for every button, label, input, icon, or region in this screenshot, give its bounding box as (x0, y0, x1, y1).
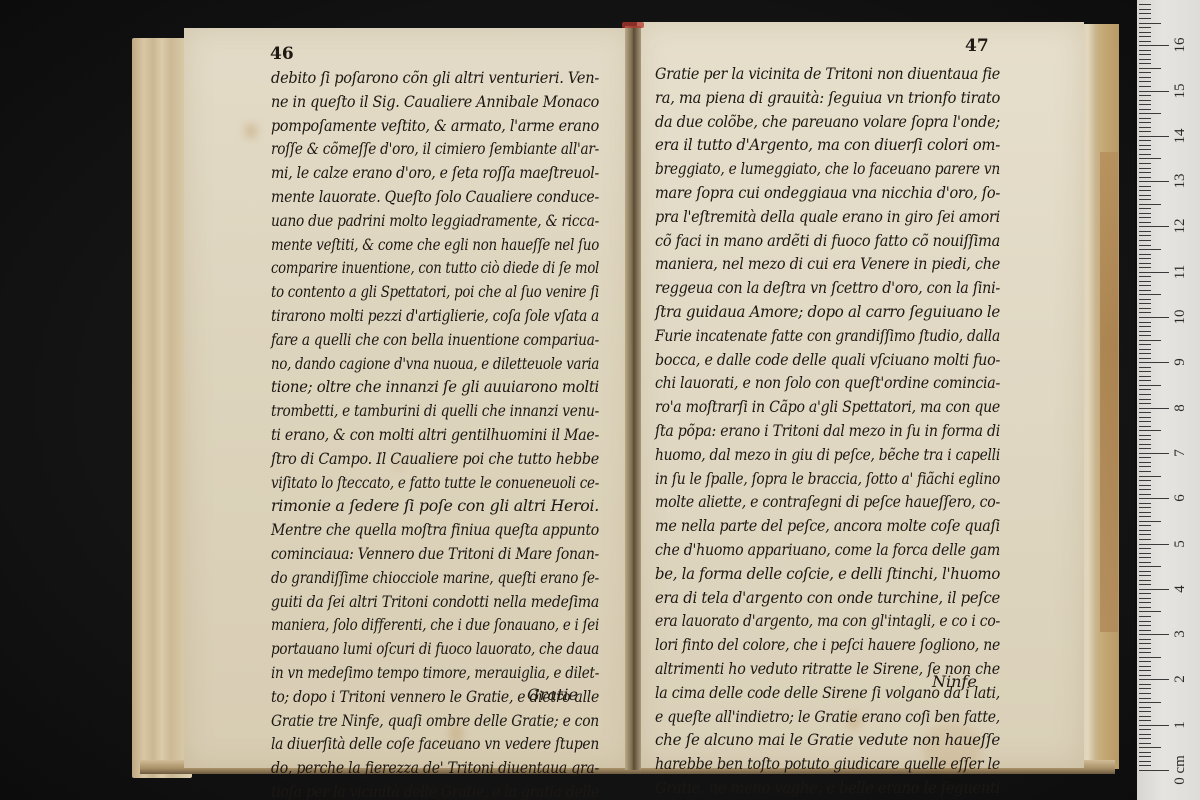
text-line: ſta põpa: erano i Tritoni dal mezo in ſu… (655, 419, 1000, 443)
ruler-tick (1139, 408, 1169, 409)
text-line: Furie incatenate fatte con grandiſſimo ſ… (655, 324, 1000, 348)
ruler-tick (1139, 9, 1151, 10)
ruler-tick (1139, 729, 1151, 730)
ruler-tick (1139, 158, 1161, 159)
ruler-tick (1139, 566, 1161, 567)
ruler-tick (1139, 580, 1151, 581)
text-line: trombetti, e tamburini di quelli che inn… (271, 399, 599, 423)
text-line: in vn medeſimo tempo timore, merauiglia,… (271, 661, 599, 685)
ruler-tick (1139, 290, 1151, 291)
text-line: ſtra guidaua Amore; dopo al carro ſeguiu… (655, 300, 1000, 324)
text-line: maniera, nel mezo di cui era Venere in p… (655, 252, 1000, 276)
ruler-tick (1139, 385, 1161, 386)
ruler-tick (1139, 331, 1151, 332)
gutter-red-thread (622, 22, 644, 28)
text-line: ti erano, & con molti altri gentilhuomin… (271, 423, 599, 447)
ruler-tick (1139, 204, 1161, 205)
text-line: no, dando cagione d'vna nuoua, e dilette… (271, 352, 599, 376)
measurement-ruler: 0 cm12345678910111213141516 (1135, 0, 1200, 800)
ruler-tick (1139, 54, 1151, 55)
ruler-tick (1139, 4, 1151, 5)
ruler-tick (1139, 770, 1169, 771)
text-line: era di tela d'argento con onde turchine,… (655, 586, 1000, 610)
ruler-tick (1139, 756, 1151, 757)
ruler-tick (1139, 394, 1151, 395)
ruler-tick (1139, 707, 1151, 708)
text-line: mare ſopra cui ondeggiaua vna nicchia d'… (655, 181, 1000, 205)
ruler-number: 8 (1172, 393, 1192, 423)
ruler-tick (1139, 761, 1151, 762)
ruler-tick (1139, 480, 1151, 481)
ruler-tick (1139, 693, 1151, 694)
ruler-tick (1139, 32, 1151, 33)
text-line: Mentre che quella moſtra finiua queſta a… (271, 518, 599, 542)
text-line: mi, le calze erano d'oro, e ſeta roſſa m… (271, 161, 599, 185)
ruler-tick (1139, 349, 1151, 350)
ruler-tick (1139, 285, 1151, 286)
text-line: molte aliette, e contraſegni di peſce ha… (655, 490, 1000, 514)
ruler-tick (1139, 621, 1151, 622)
text-line: be, la forma delle coſcie, e delli ſtinc… (655, 562, 1000, 586)
ruler-tick (1139, 208, 1151, 209)
ruler-number: 12 (1172, 211, 1192, 241)
ruler-tick (1139, 308, 1151, 309)
ruler-tick (1139, 661, 1151, 662)
ruler-tick (1139, 666, 1151, 667)
book-left-edge (132, 38, 192, 778)
ruler-tick (1139, 720, 1151, 721)
ruler-tick (1139, 675, 1151, 676)
ruler-tick (1139, 136, 1169, 137)
ruler-tick (1139, 36, 1151, 37)
ruler-tick (1139, 516, 1151, 517)
ruler-tick (1139, 380, 1151, 381)
ruler-tick (1139, 263, 1151, 264)
ruler-tick (1139, 222, 1151, 223)
ruler-tick (1139, 68, 1161, 69)
ruler-tick (1139, 670, 1151, 671)
text-line: huomo, dal mezo in giu di peſce, bẽche t… (655, 443, 1000, 467)
text-line: ne in queſto il Sig. Caualiere Annibale … (271, 90, 599, 114)
text-line: breggiato, e lumeggiato, che lo faceuano… (655, 157, 1000, 181)
ruler-tick (1139, 530, 1151, 531)
ruler-number: 13 (1172, 166, 1192, 196)
ruler-tick (1139, 643, 1151, 644)
text-line: reggeua con la deſtra vn ſcettro d'oro, … (655, 276, 1000, 300)
text-line: bocca, e dalle code delle quali vſciuano… (655, 348, 1000, 372)
text-line: tioſa per la vicinità delle Gratie, e la… (271, 780, 599, 800)
ruler-tick (1139, 611, 1161, 612)
ruler-tick (1139, 575, 1151, 576)
ruler-tick (1139, 598, 1151, 599)
ruler-tick (1139, 426, 1151, 427)
ruler-tick (1139, 91, 1169, 92)
ruler-tick (1139, 362, 1169, 363)
ruler-tick (1139, 389, 1151, 390)
ruler-tick (1139, 163, 1151, 164)
ruler-tick (1139, 684, 1151, 685)
ruler-tick (1139, 172, 1151, 173)
ruler-tick (1139, 371, 1151, 372)
text-line: comparire inuentione, con tutto ciò died… (271, 256, 599, 280)
ruler-tick (1139, 217, 1151, 218)
ruler-tick (1139, 317, 1169, 318)
text-line: era il tutto d'Argento, ma con diuerſi c… (655, 133, 1000, 157)
text-line: che ſe alcuno mai le Gratie vedute non h… (655, 728, 1000, 752)
book-right-worn-edge (1100, 152, 1118, 632)
ruler-tick (1139, 376, 1151, 377)
ruler-tick (1139, 186, 1151, 187)
text-line: da due colõbe, che pareuano volare ſopra… (655, 110, 1000, 134)
ruler-tick (1139, 399, 1151, 400)
catchword-right: Ninfe (932, 672, 977, 691)
text-line: fare a quelli che con bella inuentione c… (271, 328, 599, 352)
ruler-tick (1139, 466, 1151, 467)
ruler-tick (1139, 231, 1151, 232)
catchword-left: Gratie (527, 685, 578, 704)
ruler-tick (1139, 711, 1151, 712)
ruler-tick (1139, 725, 1169, 726)
text-line: era lauorato d'argento, ma con gl'intagl… (655, 609, 1000, 633)
page-number-left: 46 (270, 44, 294, 64)
ruler-tick (1139, 303, 1151, 304)
ruler-tick (1139, 199, 1151, 200)
ruler-tick (1139, 584, 1151, 585)
ruler-tick (1139, 652, 1151, 653)
ruler-tick (1139, 539, 1151, 540)
ruler-tick (1139, 534, 1151, 535)
ruler-tick (1139, 453, 1169, 454)
ruler-number: 6 (1172, 483, 1192, 513)
ruler-tick (1139, 254, 1151, 255)
text-line: viſitato lo ſteccato, e fatto tutte le c… (271, 471, 599, 495)
ruler-tick (1139, 294, 1161, 295)
ruler-tick (1139, 448, 1151, 449)
ruler-tick (1139, 322, 1151, 323)
ruler-tick (1139, 639, 1151, 640)
ruler-tick (1139, 738, 1151, 739)
ruler-tick (1139, 747, 1161, 748)
ruler-tick (1139, 476, 1161, 477)
ruler-tick (1139, 512, 1151, 513)
ruler-tick (1139, 23, 1161, 24)
ruler-tick (1139, 59, 1151, 60)
ruler-number: 15 (1172, 76, 1192, 106)
text-line: portauano lumi oſcuri di fuoco lauorato,… (271, 637, 599, 661)
ruler-tick (1139, 168, 1151, 169)
ruler-tick (1139, 190, 1151, 191)
ruler-tick (1139, 457, 1151, 458)
ruler-number: 16 (1172, 30, 1192, 60)
text-line: do grandiſſime chiocciole marine, queſti… (271, 566, 599, 590)
ruler-tick (1139, 358, 1151, 359)
ruler-tick (1139, 281, 1151, 282)
ruler-number: 9 (1172, 347, 1192, 377)
ruler-number: 14 (1172, 121, 1192, 151)
ruler-tick (1139, 118, 1151, 119)
ruler-number: 11 (1172, 257, 1192, 287)
ruler-tick (1139, 412, 1151, 413)
ruler-number: 10 (1172, 302, 1192, 332)
text-line: debito ſi poſarono cõn gli altri venturi… (271, 66, 599, 90)
text-line: ro'a moſtrarſi in Cãpo a'gli Spettatori,… (655, 395, 1000, 419)
ruler-tick (1139, 403, 1151, 404)
ruler-tick (1139, 553, 1151, 554)
text-line: cominciaua: Vennero due Tritoni di Mare … (271, 542, 599, 566)
ruler-tick (1139, 557, 1151, 558)
ruler-tick (1139, 498, 1169, 499)
ruler-tick (1139, 593, 1151, 594)
ruler-tick (1139, 226, 1169, 227)
ruler-tick (1139, 634, 1169, 635)
right-page-text: Gratie per la vicinita de Tritoni non di… (655, 62, 1056, 800)
text-line: harebbe ben toſto potuto giudicare quell… (655, 752, 1000, 776)
text-line: e queſte all'indietro; le Gratie erano c… (655, 705, 1000, 729)
text-line: tione; oltre che innanzi ſe gli auuiaron… (271, 375, 599, 399)
ruler-tick (1139, 462, 1151, 463)
text-line: do, perche la fierezza de' Tritoni diuen… (271, 756, 599, 780)
ruler-tick (1139, 258, 1151, 259)
ruler-tick (1139, 272, 1169, 273)
ruler-tick (1139, 63, 1151, 64)
ruler-tick (1139, 240, 1151, 241)
ruler-tick (1139, 81, 1151, 82)
ruler-number: 0 cm (1172, 748, 1192, 792)
text-line: mente veſtiti, & come che egli non haueſ… (271, 233, 599, 257)
left-page-text: debito ſi poſarono cõn gli altri venturi… (271, 66, 668, 800)
text-line: chi lauorati, e non ſolo con queſt'ordin… (655, 371, 1000, 395)
text-line: ra, ma piena di grauità: ſeguiua vn trio… (655, 86, 1000, 110)
ruler-tick (1139, 489, 1151, 490)
text-line: roſſe & cõmeſſe d'oro, il cimiero ſembia… (271, 137, 599, 161)
text-line: cõ faci in mano ardẽti di fuoco fatto cõ… (655, 229, 1000, 253)
ruler-tick (1139, 181, 1169, 182)
ruler-tick (1139, 589, 1169, 590)
ruler-tick (1139, 353, 1151, 354)
text-line: Gratie tre Ninfe, quaſi ombre delle Grat… (271, 709, 599, 733)
ruler-tick (1139, 276, 1151, 277)
ruler-tick (1139, 267, 1151, 268)
ruler-tick (1139, 95, 1151, 96)
ruler-tick (1139, 13, 1151, 14)
ruler-tick (1139, 743, 1151, 744)
text-line: mente lauorate. Queſto ſolo Caualiere co… (271, 185, 599, 209)
ruler-tick (1139, 734, 1151, 735)
ruler-tick (1139, 494, 1151, 495)
ruler-tick (1139, 50, 1151, 51)
text-line: uano due padrini molto leggiadramente, &… (271, 209, 599, 233)
ruler-number: 5 (1172, 529, 1192, 559)
ruler-tick (1139, 149, 1151, 150)
ruler-tick (1139, 503, 1151, 504)
ruler-tick (1139, 86, 1151, 87)
ruler-tick (1139, 430, 1161, 431)
ruler-tick (1139, 335, 1151, 336)
ruler-tick (1139, 18, 1151, 19)
text-line: pra l'eſtremità della quale erano in gir… (655, 205, 1000, 229)
ruler-tick (1139, 571, 1151, 572)
text-line: lori finto del colore, che i peſci hauer… (655, 633, 1000, 657)
ruler-tick (1139, 630, 1151, 631)
ruler-number: 1 (1172, 710, 1192, 740)
text-line: tirarono molti pezzi d'artiglierie, coſa… (271, 304, 599, 328)
ruler-tick (1139, 326, 1151, 327)
ruler-tick (1139, 195, 1151, 196)
text-line: me nella parte del peſce, ancora molte c… (655, 514, 1000, 538)
ruler-tick (1139, 417, 1151, 418)
ruler-tick (1139, 77, 1151, 78)
ruler-tick (1139, 439, 1151, 440)
ruler-tick (1139, 648, 1151, 649)
ruler-tick (1139, 602, 1151, 603)
page-number-right: 47 (965, 36, 989, 56)
text-line: che d'huomo appariuano, come la forca de… (655, 538, 1000, 562)
ruler-tick (1139, 444, 1151, 445)
ruler-tick (1139, 72, 1151, 73)
text-line: pompoſamente veſtito, & armato, l'arme e… (271, 114, 599, 138)
ruler-tick (1139, 145, 1151, 146)
ruler-tick (1139, 154, 1151, 155)
ruler-tick (1139, 213, 1151, 214)
ruler-tick (1139, 367, 1151, 368)
text-line: in ſu le ſpalle, ſopra le braccia, ſotto… (655, 467, 1000, 491)
ruler-tick (1139, 122, 1151, 123)
ruler-tick (1139, 485, 1151, 486)
ruler-tick (1139, 421, 1151, 422)
ruler-tick (1139, 688, 1151, 689)
text-line: ſtro di Campo. Il Caualiere poi che tutt… (271, 447, 599, 471)
ruler-number: 2 (1172, 664, 1192, 694)
ruler-tick (1139, 716, 1151, 717)
ruler-tick (1139, 100, 1151, 101)
ruler-tick (1139, 344, 1151, 345)
ruler-tick (1139, 702, 1161, 703)
ruler-tick (1139, 45, 1169, 46)
ruler-tick (1139, 27, 1151, 28)
ruler-tick (1139, 607, 1151, 608)
ruler-tick (1139, 752, 1151, 753)
ruler-tick (1139, 249, 1161, 250)
text-line: Gratie, ne meno vaghe, e belle erano le … (655, 776, 1000, 800)
ruler-number: 7 (1172, 438, 1192, 468)
ruler-tick (1139, 41, 1151, 42)
text-line: Gratie per la vicinita de Tritoni non di… (655, 62, 1000, 86)
text-line: la diuerſità delle coſe faceuano vn vede… (271, 732, 599, 756)
ruler-tick (1139, 177, 1151, 178)
ruler-number: 3 (1172, 619, 1192, 649)
ruler-tick (1139, 765, 1151, 766)
ruler-tick (1139, 525, 1151, 526)
text-line: to contento a gli Spettatori, poi che al… (271, 280, 599, 304)
ruler-tick (1139, 131, 1151, 132)
ruler-tick (1139, 340, 1161, 341)
ruler-number: 4 (1172, 574, 1192, 604)
ruler-tick (1139, 435, 1151, 436)
ruler-tick (1139, 312, 1151, 313)
ruler-tick (1139, 113, 1161, 114)
ruler-tick (1139, 521, 1161, 522)
ruler-tick (1139, 544, 1169, 545)
ruler-tick (1139, 616, 1151, 617)
ruler-tick (1139, 299, 1151, 300)
ruler-tick (1139, 698, 1151, 699)
ruler-tick (1139, 562, 1151, 563)
ruler-tick (1139, 625, 1151, 626)
text-line: maniera, ſolo differenti, che i due ſona… (271, 613, 599, 637)
ruler-tick (1139, 548, 1151, 549)
ruler-tick (1139, 507, 1151, 508)
text-line: rimonie a ſedere ſi poſe con gli altri H… (271, 494, 599, 518)
ruler-tick (1139, 140, 1151, 141)
ruler-tick (1139, 127, 1151, 128)
ruler-tick (1139, 109, 1151, 110)
ruler-tick (1139, 679, 1169, 680)
ruler-tick (1139, 471, 1151, 472)
text-line: guiti da ſei altri Tritoni condotti nell… (271, 590, 599, 614)
ruler-tick (1139, 657, 1161, 658)
ruler-tick (1139, 104, 1151, 105)
ruler-tick (1139, 235, 1151, 236)
ruler-tick (1139, 245, 1151, 246)
